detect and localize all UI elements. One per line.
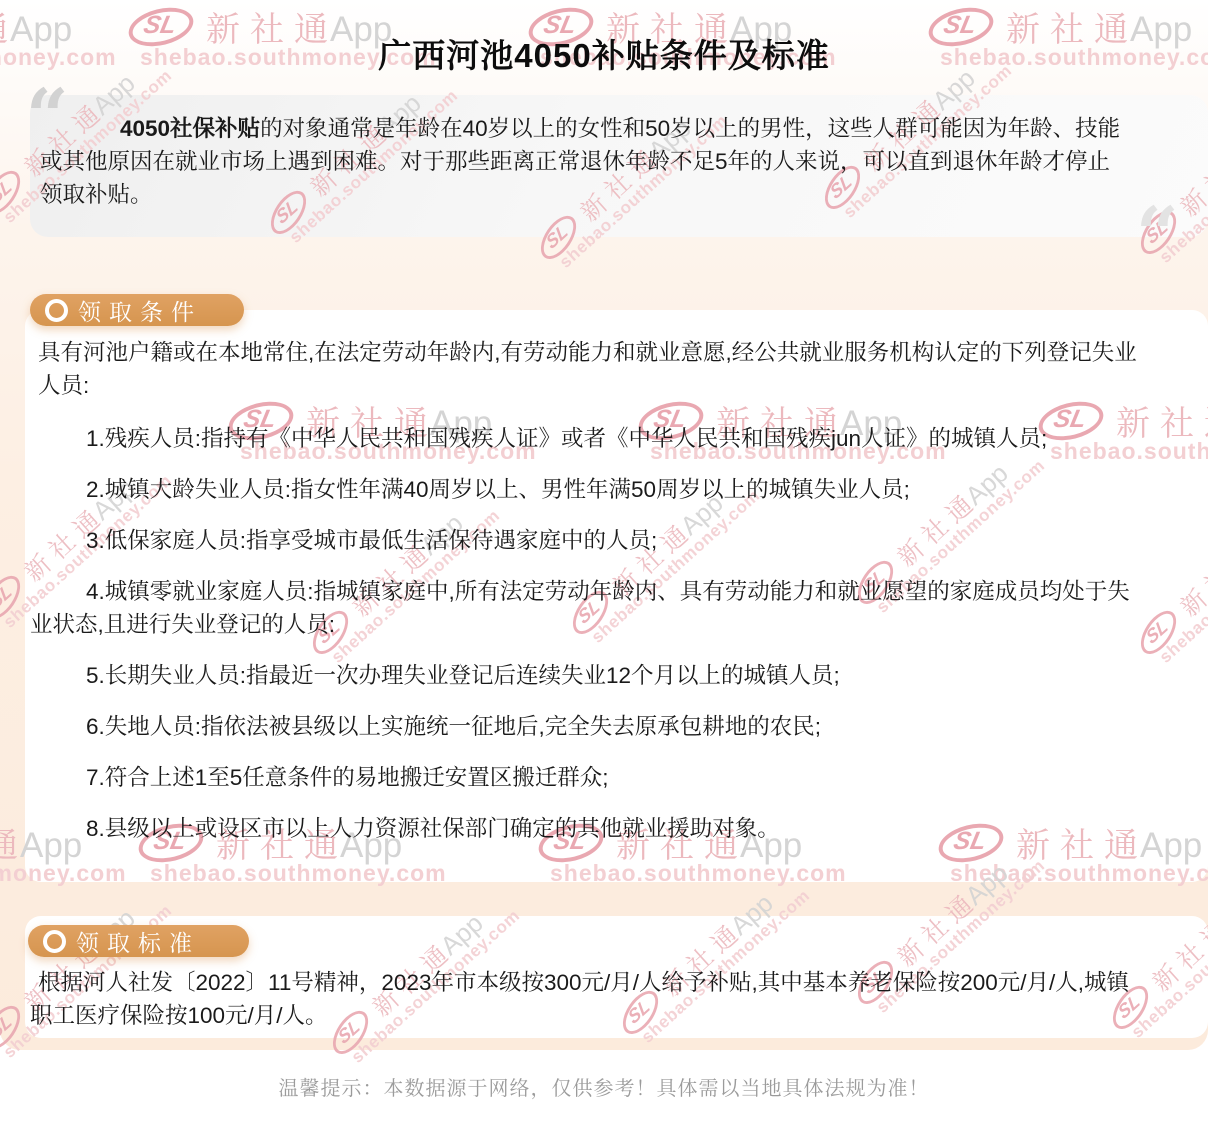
circle-icon [43, 930, 66, 953]
conditions-list: 1.残疾人员:指持有《中华人民共和国残疾人证》或者《中华人民共和国残疾jun人证… [30, 422, 1140, 863]
badge-label: 领取条件 [78, 294, 202, 327]
condition-item-3: 3.低保家庭人员:指享受城市最低生活保待遇家庭中的人员; [30, 524, 1140, 557]
intro-quote-text: 4050社保补贴的对象通常是年龄在40岁以上的女性和50岁以上的男性，这些人群可… [40, 112, 1132, 211]
intro-lead: 4050社保补贴 [120, 116, 260, 141]
condition-item-2: 2.城镇大龄失业人员:指女性年满40周岁以上、男性年满50周岁以上的城镇失业人员… [30, 473, 1140, 506]
conditions-intro: 具有河池户籍或在本地常住,在法定劳动年龄内,有劳动能力和就业意愿,经公共就业服务… [38, 336, 1138, 402]
condition-item-8: 8.县级以上或设区市以上人力资源社保部门确定的其他就业援助对象。 [30, 812, 1140, 845]
condition-item-7: 7.符合上述1至5任意条件的易地搬迁安置区搬迁群众; [30, 761, 1140, 794]
condition-item-5: 5.长期失业人员:指最近一次办理失业登记后连续失业12个月以上的城镇人员; [30, 659, 1140, 692]
condition-item-4: 4.城镇零就业家庭人员:指城镇家庭中,所有法定劳动年龄内、具有劳动能力和就业愿望… [30, 575, 1140, 641]
circle-icon [45, 299, 68, 322]
condition-item-1: 1.残疾人员:指持有《中华人民共和国残疾人证》或者《中华人民共和国残疾jun人证… [30, 422, 1140, 455]
badge-label: 领取标准 [76, 925, 200, 958]
condition-item-6: 6.失地人员:指依法被县级以上实施统一征地后,完全失去原承包耕地的农民; [30, 710, 1140, 743]
page-title: 广西河池4050补贴条件及标准 [0, 30, 1208, 77]
section-badge-standards: 领取标准 [28, 925, 249, 957]
footer-note: 温馨提示：本数据源于网络，仅供参考！具体需以当地具体法规为准！ [0, 1072, 1208, 1101]
standards-text: 根据河人社发〔2022〕11号精神，2023年市本级按300元/月/人给予补贴,… [30, 966, 1138, 1032]
section-badge-conditions: 领取条件 [30, 294, 244, 326]
